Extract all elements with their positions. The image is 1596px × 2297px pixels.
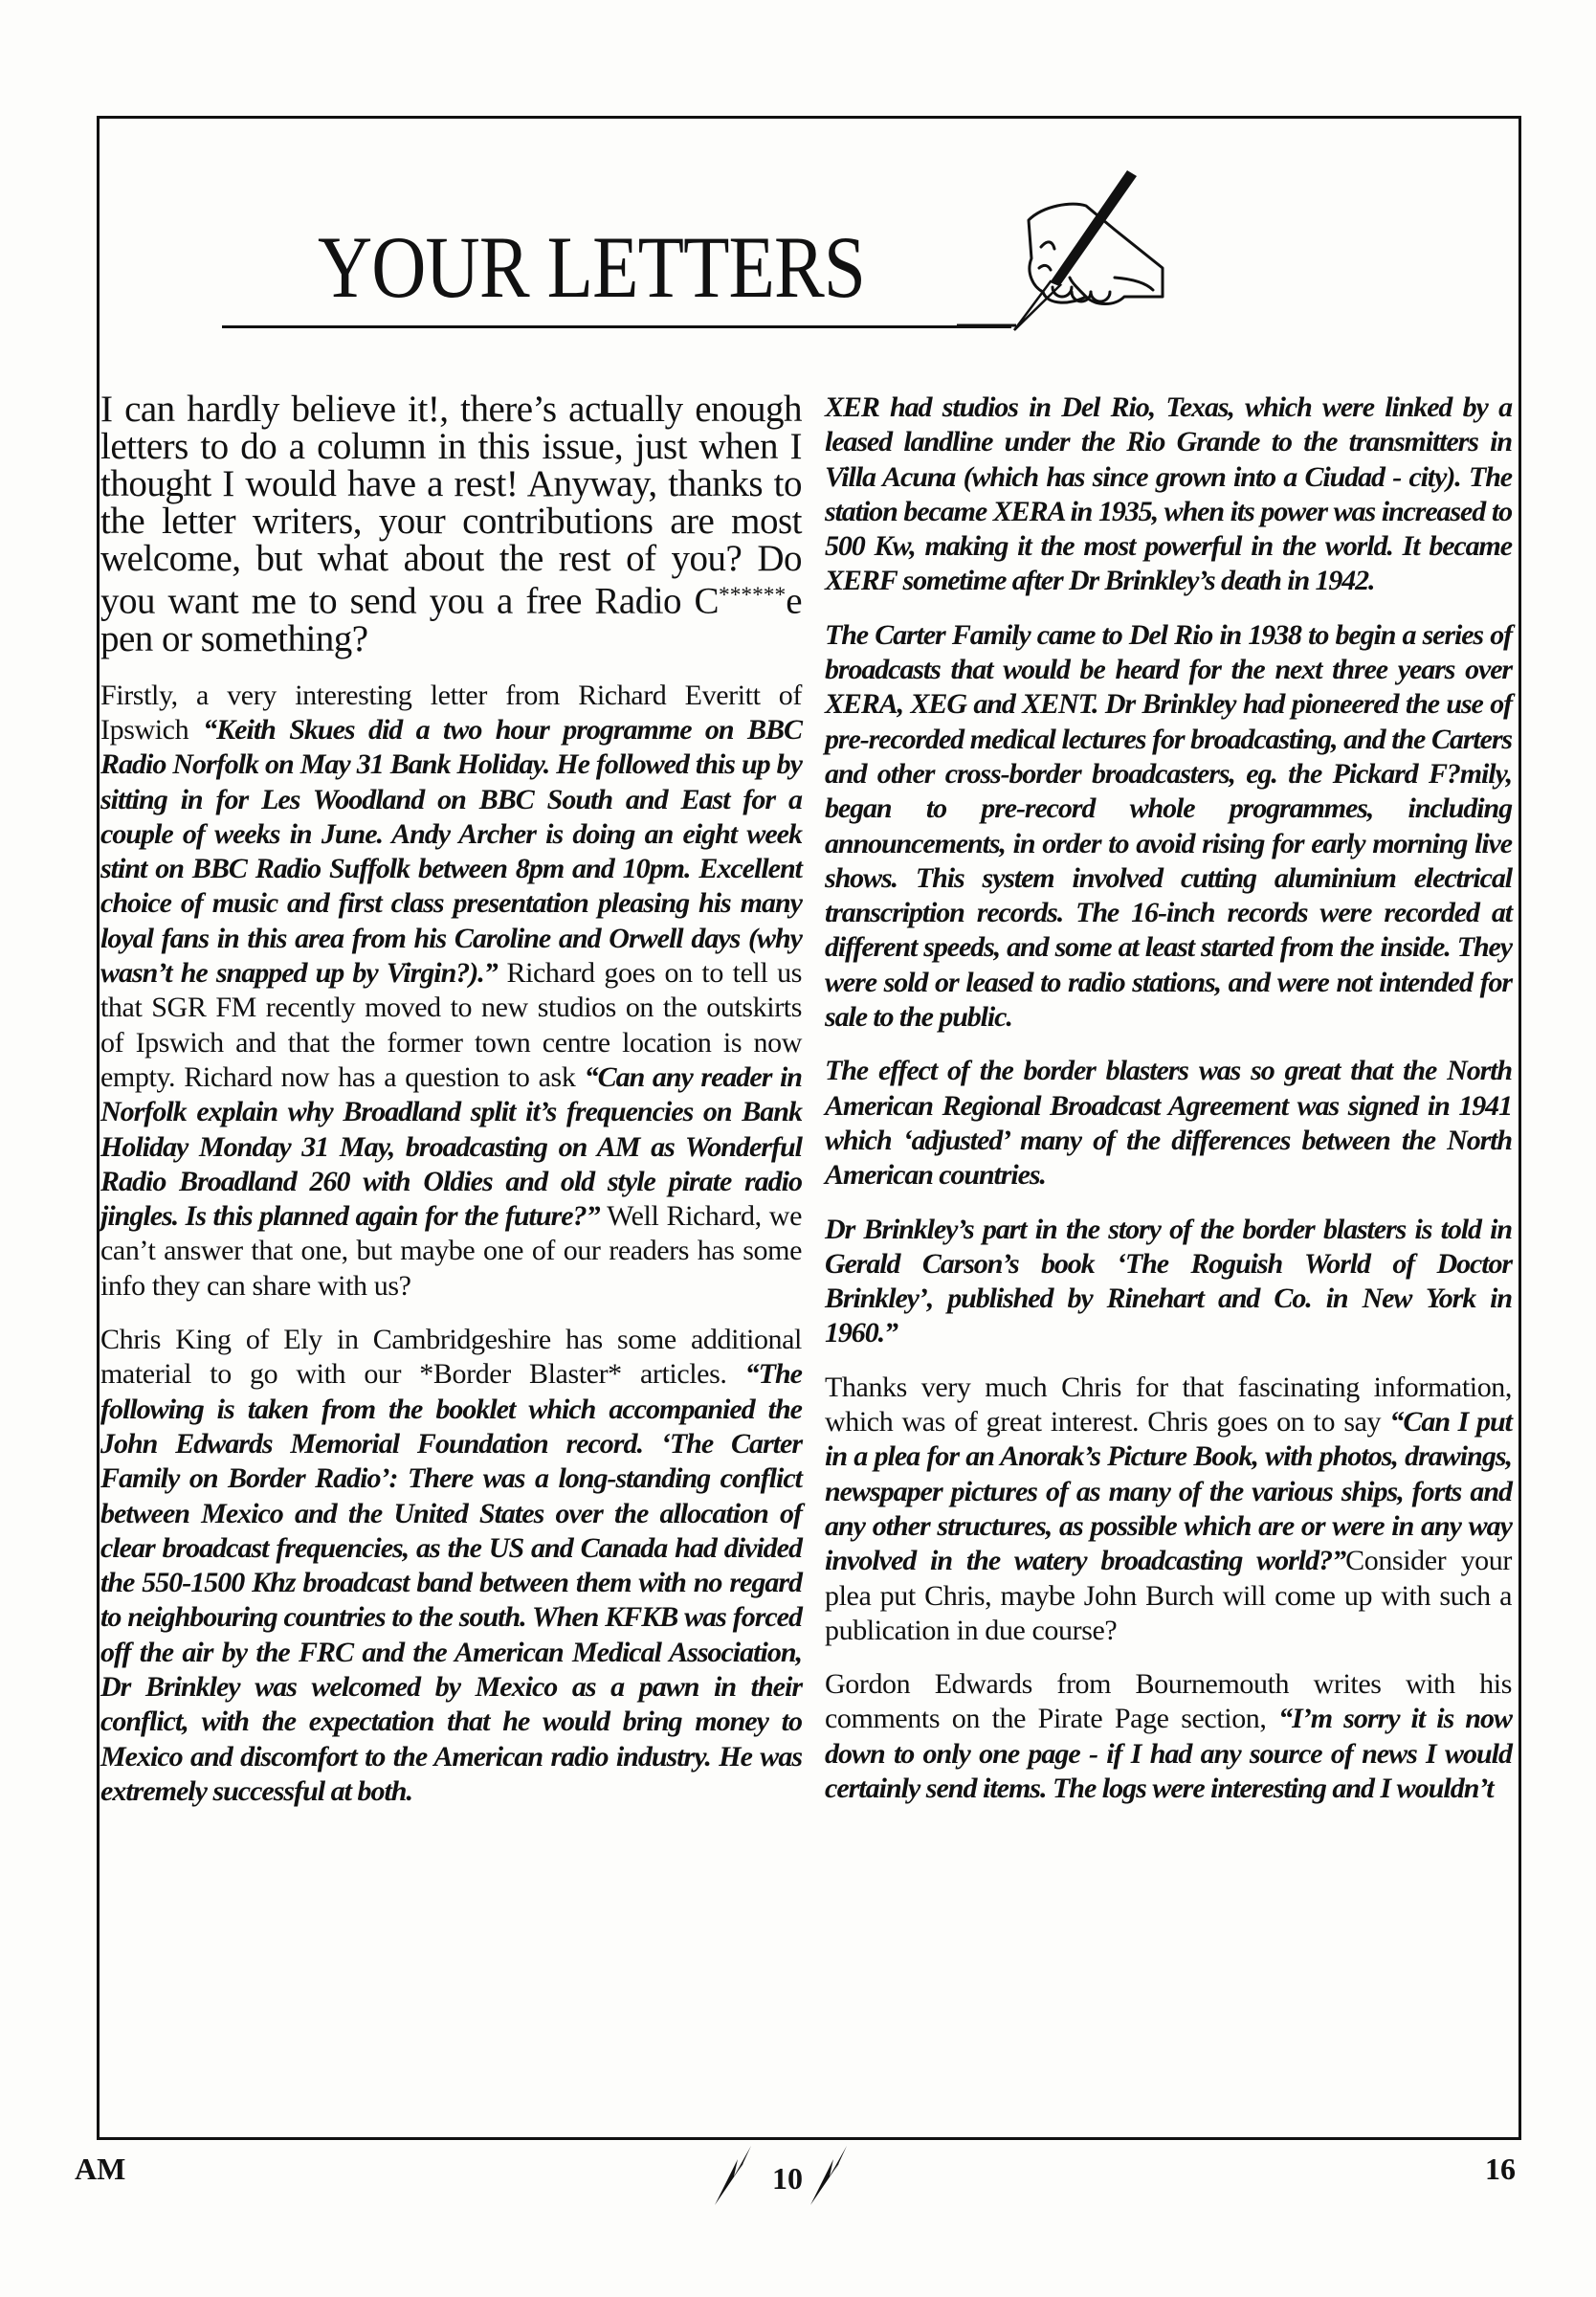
letter-gordon-edwards: Gordon Edwards from Bournemouth writes w… xyxy=(825,1667,1512,1806)
quote-paragraph-xer: XER had studios in Del Rio, Texas, which… xyxy=(825,390,1512,599)
quote-paragraph-brinkley-book: Dr Brinkley’s part in the story of the b… xyxy=(825,1213,1512,1351)
editor-intro-paragraph: I can hardly believe it!, there’s actual… xyxy=(100,390,802,658)
footer-issue-number: 10 xyxy=(713,2142,862,2207)
letter-chris-king: Chris King of Ely in Cambridgeshire has … xyxy=(100,1323,802,1809)
letter-richard-everitt: Firstly, a very interesting letter from … xyxy=(100,679,802,1304)
issue-number: 10 xyxy=(772,2161,803,2197)
right-column: XER had studios in Del Rio, Texas, which… xyxy=(825,390,1512,1825)
intro-text: I can hardly believe it!, there’s actual… xyxy=(100,389,802,622)
editor-reply-chris: Thanks very much Chris for that fascinat… xyxy=(825,1371,1512,1648)
lightning-bolt-icon xyxy=(713,2142,766,2207)
letter-quote: “The following is taken from the booklet… xyxy=(100,1358,802,1807)
footer-magazine-name: AM xyxy=(75,2152,125,2187)
hand-writing-with-pen-icon xyxy=(957,163,1244,335)
left-column: I can hardly believe it!, there’s actual… xyxy=(100,390,802,1828)
lightning-bolt-icon xyxy=(809,2142,862,2207)
footer-page-number: 16 xyxy=(1485,2152,1516,2187)
page-title: YOUR LETTERS xyxy=(318,223,865,311)
letter-text: Chris King of Ely in Cambridgeshire has … xyxy=(100,1324,802,1390)
letter-quote: “Keith Skues did a two hour programme on… xyxy=(100,714,802,989)
quote-paragraph-carter-family: The Carter Family came to Del Rio in 193… xyxy=(825,618,1512,1036)
title-underline xyxy=(222,325,1011,328)
censored-text: ****** xyxy=(719,583,786,608)
quote-paragraph-border-blasters: The effect of the border blasters was so… xyxy=(825,1054,1512,1193)
